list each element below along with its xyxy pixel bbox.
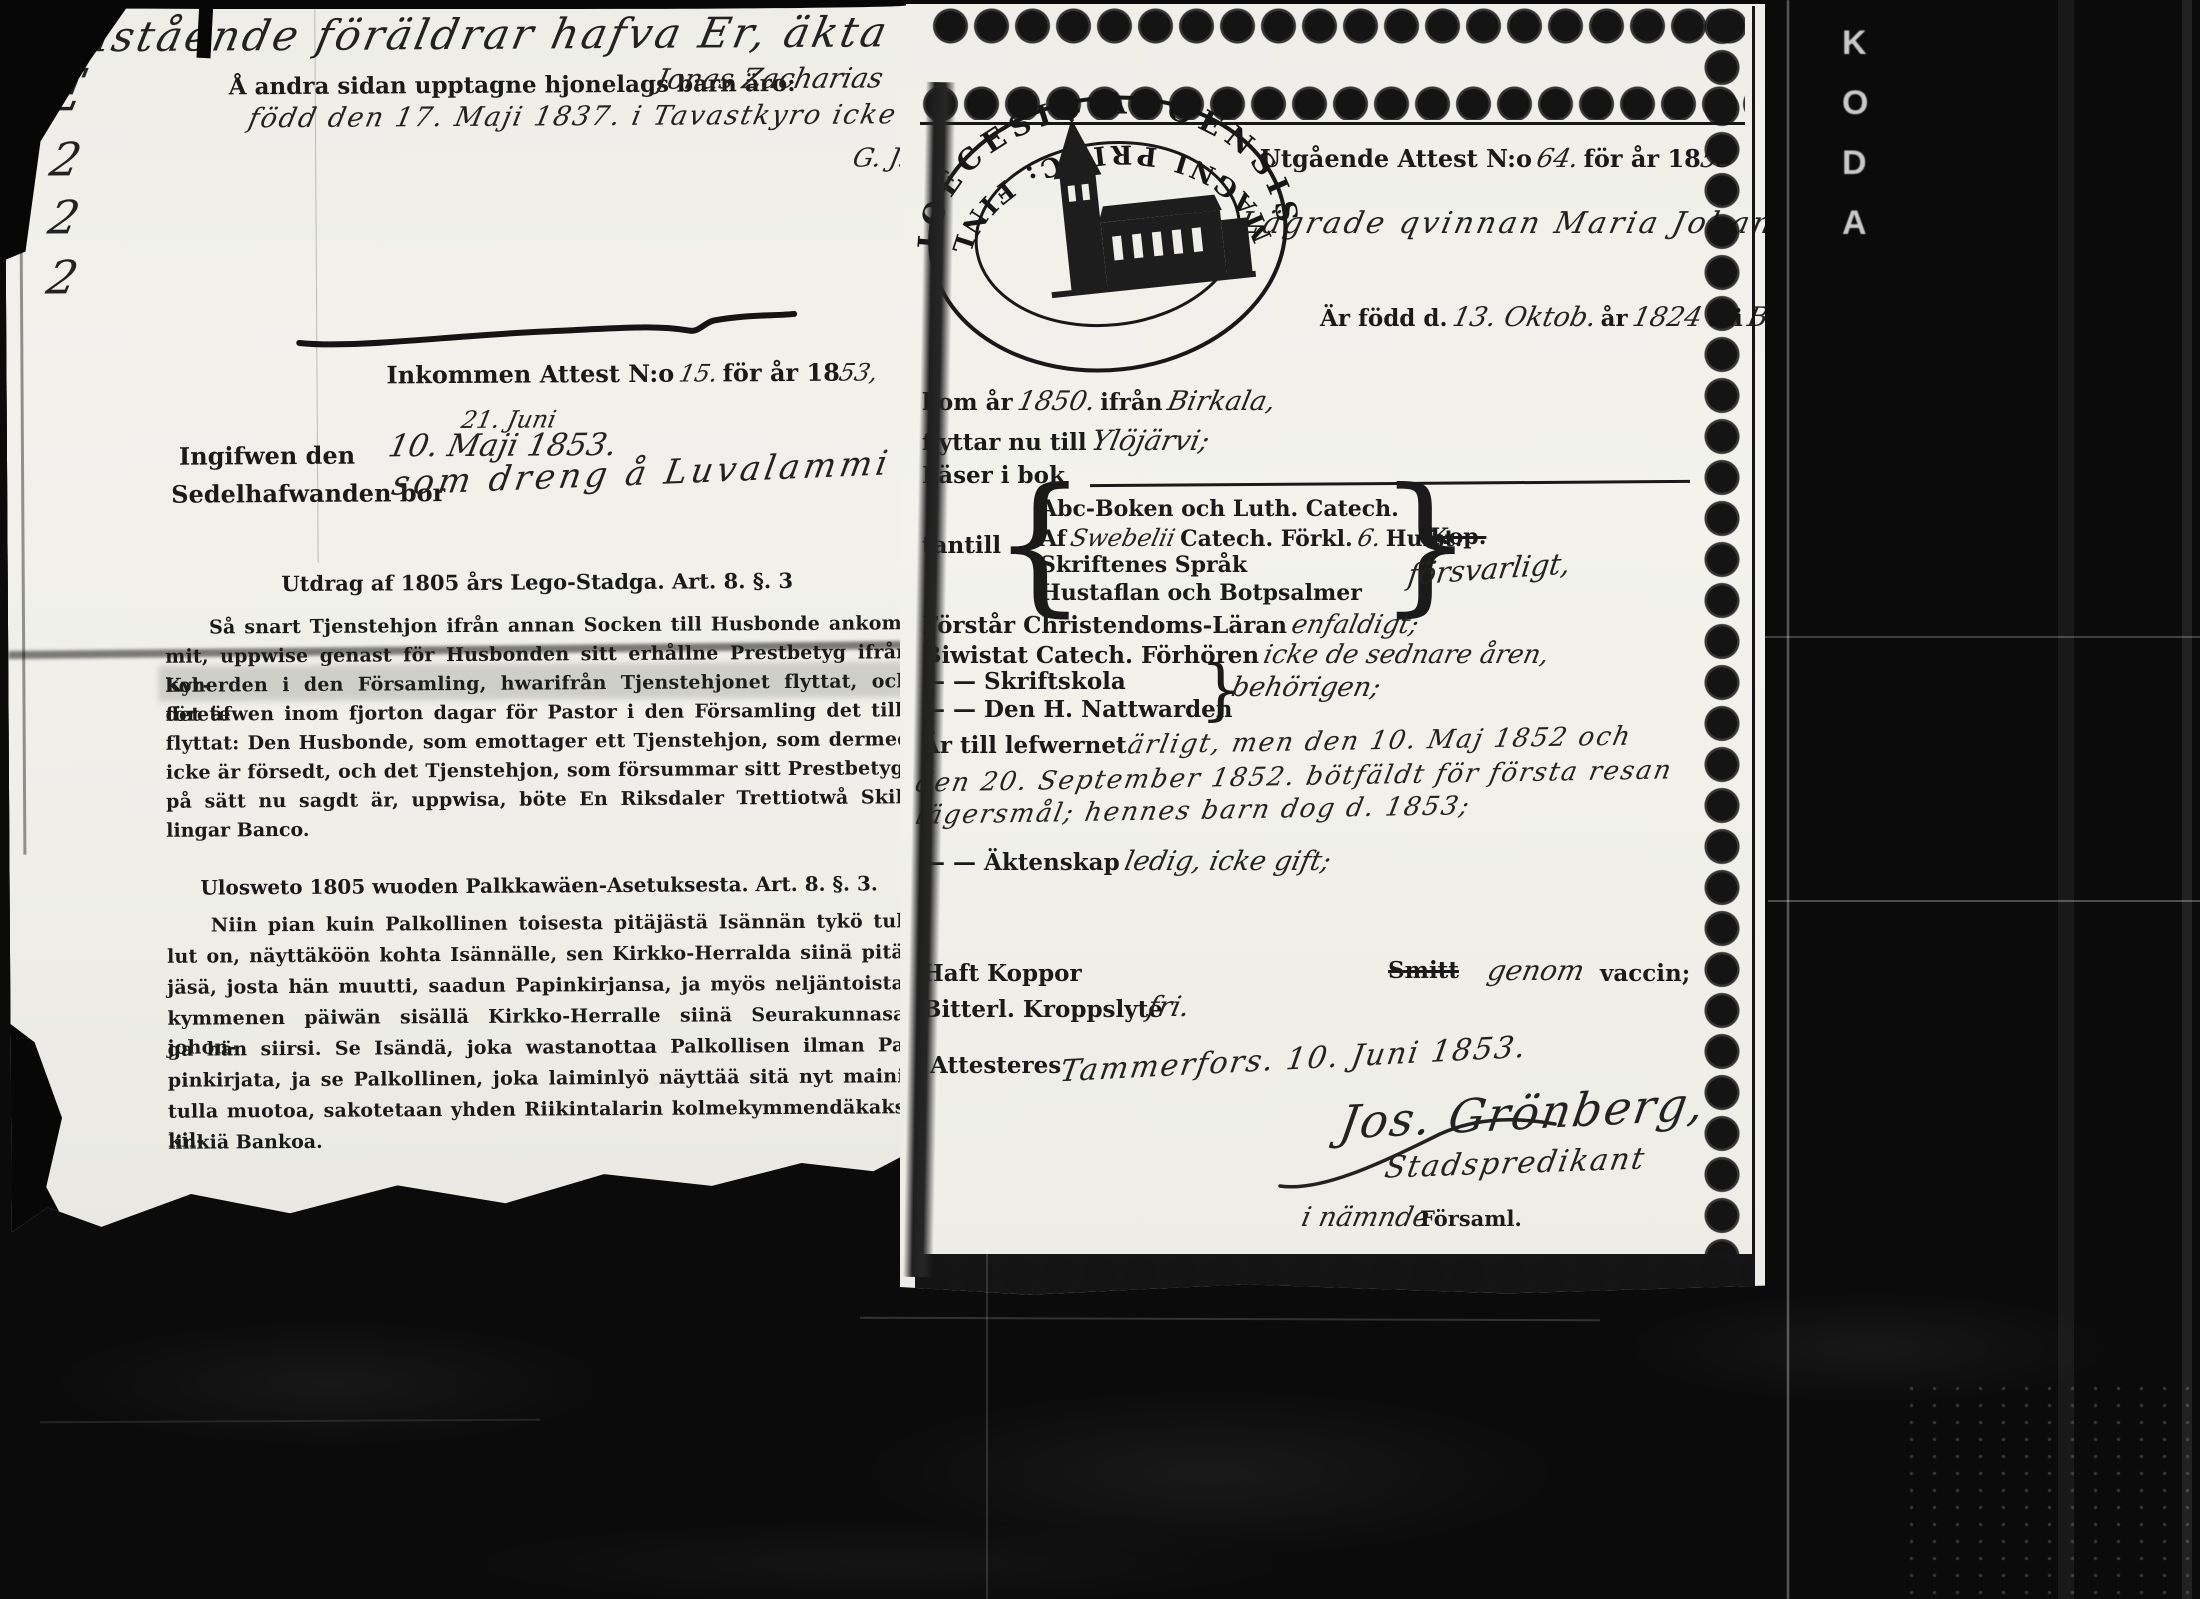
swedish-line: icke är försedt, och det Tjenstehjon, so…: [166, 754, 910, 788]
nattwarden-grade: behörigen;: [1232, 672, 1380, 703]
margin-mark: 2: [48, 250, 78, 304]
finnish-line: lut on, näyttäköön kohta Isännälle, sen …: [167, 938, 910, 972]
ingifwen-label: Ingifwen den: [179, 441, 355, 471]
nattwarden-line: — — Den H. Nattwarden: [922, 696, 1233, 723]
reading-item: Hustaflan och Botpsalmer: [1040, 580, 1362, 606]
utgaende-heading: Utgående Attest N:o 64. för år 1853: [1260, 144, 1734, 174]
attesteres-place-date: Tammerfors. 10. Juni 1853.: [1059, 1030, 1528, 1089]
film-scratch: [1768, 900, 2200, 902]
film-scratch: [2058, 0, 2074, 1599]
reading-item: Abc-Boken och Luth. Catech.: [1040, 496, 1399, 522]
koppor-genom: genom: [1488, 954, 1584, 987]
finnish-line: ga hän siirsi. Se Isändä, joka wastanott…: [168, 1031, 910, 1065]
forstar-line: Förstår Christendoms-Läran enfaldigt;: [922, 610, 1419, 640]
finnish-line: Niin pian kuin Palkollinen toisesta pitä…: [167, 907, 910, 941]
swedish-line: flyttat: Den Husbonde, som emottager ett…: [166, 725, 910, 759]
rosette-border-top-inner: [920, 84, 1745, 120]
children-note-birth: född den 17. Maji 1837. i Tavastkyro ick…: [249, 99, 910, 134]
inkommen-heading: Inkommen Attest N:o 15. för år 1853,: [386, 357, 878, 389]
koppor-vaccin: vaccin;: [1600, 960, 1690, 987]
film-edge-letter: A: [1842, 204, 1867, 243]
lefwernet-label: Är till lefwernet: [922, 732, 1127, 759]
film-speckle: [1900, 1380, 2200, 1599]
right-page: DIOECESIS ABOENSIS. MAGNI PRINC: FINL:: [900, 4, 1765, 1296]
film-edge-letter: K: [1842, 24, 1867, 63]
torn-corner-shadow: [4, 1014, 90, 1244]
finnish-line: linkiä Bankoa.: [168, 1128, 323, 1158]
skriftskola-line: — — Skriftskola: [922, 668, 1126, 695]
swash-divider: [294, 300, 799, 353]
left-page: Omstående föräldrar hafva Er, äkta dotte…: [4, 0, 910, 1245]
swedish-line: Så snart Tjenstehjon ifrån annan Socken …: [165, 609, 910, 643]
rosette-border-top-outer: [930, 6, 1745, 46]
swedish-heading: Utdrag af 1805 års Lego-Stadga. Art. 8. …: [165, 567, 910, 597]
margin-mark: 2: [51, 132, 81, 186]
reading-item: Skriftenes Språk: [1040, 552, 1247, 578]
film-edge-top: [0, 0, 906, 9]
flyttar-line: flyttar nu till Ylöjärvi;: [922, 424, 1209, 457]
born-line: Är född d. 13. Oktob. år 1824 uti Birkal…: [1320, 302, 1765, 333]
margin-mark: 2: [49, 190, 79, 244]
person-name: Lägrade qvinnan Maria Johansdotter: [1240, 206, 1765, 241]
microfilm-scan: Omstående föräldrar hafva Er, äkta dotte…: [0, 0, 2200, 1599]
frame-line-top: [920, 122, 1745, 125]
lefwernet-hw-2: den 20. September 1852. bötfäldt för för…: [916, 755, 1673, 798]
kroppslyte-value: fri.: [1148, 990, 1190, 1023]
film-edge-letter: O: [1842, 84, 1868, 123]
struck-smitt: Smitt: [1388, 957, 1459, 984]
film-scratch: [2182, 0, 2192, 1599]
koppor-label: Haft Koppor: [922, 960, 1082, 987]
aktenskap-line: — — Äktenskap ledig, icke gift;: [922, 846, 1330, 877]
finnish-heading: Ulosweto 1805 wuoden Palkkawäen-Asetukse…: [167, 871, 910, 900]
film-scratch: [1787, 0, 1789, 1599]
frame-line-right: [1752, 6, 1755, 1291]
rosette-border-right: [1700, 6, 1745, 1256]
top-handwriting: Omstående föräldrar hafva Er, äkta dotte…: [32, 6, 910, 61]
struck-kop: Kop.: [1430, 524, 1486, 550]
children-note-name: Jonas Zacharias: [657, 61, 883, 95]
signature-parish-hw: i nämnde: [1302, 1202, 1429, 1233]
finnish-line: pinkirjata, ja se Palkollinen, joka laim…: [168, 1062, 910, 1096]
film-scratch: [986, 1248, 988, 1599]
finnish-line: jäsä, josta hän muutti, saadun Papinkirj…: [167, 969, 910, 1003]
attesteres-label: Attesteres: [930, 1052, 1061, 1079]
swedish-line: på sätt nu sagdt är, uppwisa, böte En Ri…: [166, 783, 910, 817]
swedish-line: det äfwen inom fjorton dagar för Pastor …: [165, 696, 909, 730]
film-scratch: [1765, 636, 2200, 638]
paper-smudge: [158, 661, 908, 702]
signature-parish-printed: Församl.: [1420, 1206, 1522, 1231]
kroppslyte-label: Bitterl. Kroppslyte: [922, 996, 1163, 1023]
film-edge-letter: D: [1842, 144, 1867, 183]
swedish-line: lingar Banco.: [166, 816, 309, 846]
